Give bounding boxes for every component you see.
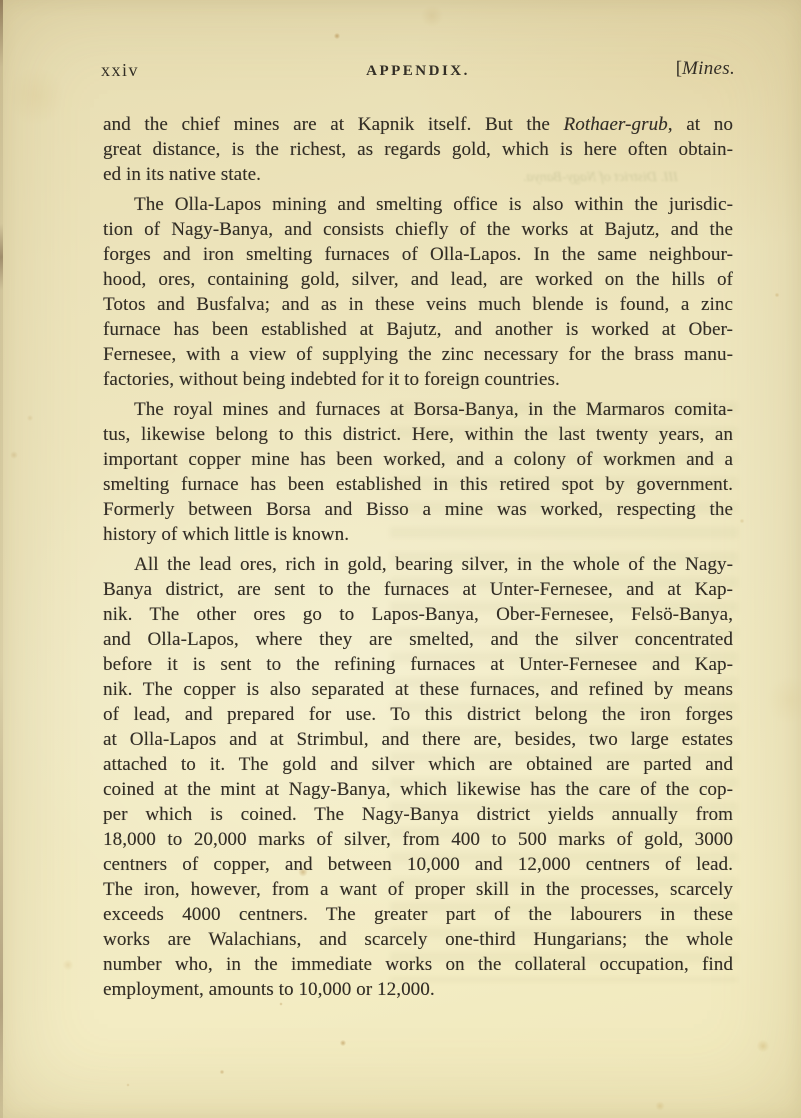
text-line: 18,000 to 20,000 marks of silver, from 4… xyxy=(103,827,733,852)
paragraph: The royal mines and furnaces at Borsa-Ba… xyxy=(103,397,733,547)
section-marker-title: Mines. xyxy=(682,58,735,79)
section-marker: [Mines. xyxy=(676,58,735,80)
text-line: great distance, is the richest, as regar… xyxy=(103,137,733,162)
text-line: Formerly between Borsa and Bisso a mine … xyxy=(103,497,733,522)
paragraph: All the lead ores, rich in gold, bearing… xyxy=(103,552,733,1002)
page-edge-shadow xyxy=(0,0,3,1118)
text-line: factories, without being indebted for it… xyxy=(103,367,733,392)
text-line: works are Walachians, and scarcely one-t… xyxy=(103,927,733,952)
running-title: APPENDIX. xyxy=(103,63,733,80)
text-line: important copper mine has been worked, a… xyxy=(103,447,733,472)
text-line: attached to it. The gold and silver whic… xyxy=(103,752,733,777)
text-line: before it is sent to the refining furnac… xyxy=(103,652,733,677)
paragraph: and the chief mines are at Kapnik itself… xyxy=(103,112,733,187)
text-line: smelting furnace has been established in… xyxy=(103,472,733,497)
text-line: ed in its native state. xyxy=(103,162,733,187)
text-line: All the lead ores, rich in gold, bearing… xyxy=(103,552,733,577)
text-line: nik. The other ores go to Lapos-Banya, O… xyxy=(103,602,733,627)
text-line: tus, likewise belong to this district. H… xyxy=(103,422,733,447)
text-line: Fernesee, with a view of supplying the z… xyxy=(103,342,733,367)
text-line: The iron, however, from a want of proper… xyxy=(103,877,733,902)
text-line: The royal mines and furnaces at Borsa-Ba… xyxy=(103,397,733,422)
text-line: and Olla-Lapos, where they are smelted, … xyxy=(103,627,733,652)
text-line: hood, ores, containing gold, silver, and… xyxy=(103,267,733,292)
text-line: nik. The copper is also separated at the… xyxy=(103,677,733,702)
text-line: exceeds 4000 centners. The greater part … xyxy=(103,902,733,927)
text-line: per which is coined. The Nagy-Banya dist… xyxy=(103,802,733,827)
text-line: Totos and Busfalva; and as in these vein… xyxy=(103,292,733,317)
text-line: employment, amounts to 10,000 or 12,000. xyxy=(103,977,733,1002)
text-line: The Olla-Lapos mining and smelting offic… xyxy=(103,192,733,217)
text-line: history of which little is known. xyxy=(103,522,733,547)
text-line: Banya district, are sent to the furnaces… xyxy=(103,577,733,602)
page-body: and the chief mines are at Kapnik itself… xyxy=(103,112,733,1007)
text-line: and the chief mines are at Kapnik itself… xyxy=(103,112,733,137)
book-page: III. District of Nagy-Banya. xxiv APPEND… xyxy=(0,0,801,1118)
text-line: at Olla-Lapos and at Strimbul, and there… xyxy=(103,727,733,752)
paragraph: The Olla-Lapos mining and smelting offic… xyxy=(103,192,733,392)
text-line: coined at the mint at Nagy-Banya, which … xyxy=(103,777,733,802)
text-line: centners of copper, and between 10,000 a… xyxy=(103,852,733,877)
text-line: furnace has been established at Bajutz, … xyxy=(103,317,733,342)
text-line: number who, in the immediate works on th… xyxy=(103,952,733,977)
text-line: forges and iron smelting furnaces of Oll… xyxy=(103,242,733,267)
text-line: of lead, and prepared for use. To this d… xyxy=(103,702,733,727)
text-line: tion of Nagy-Banya, and consists chiefly… xyxy=(103,217,733,242)
